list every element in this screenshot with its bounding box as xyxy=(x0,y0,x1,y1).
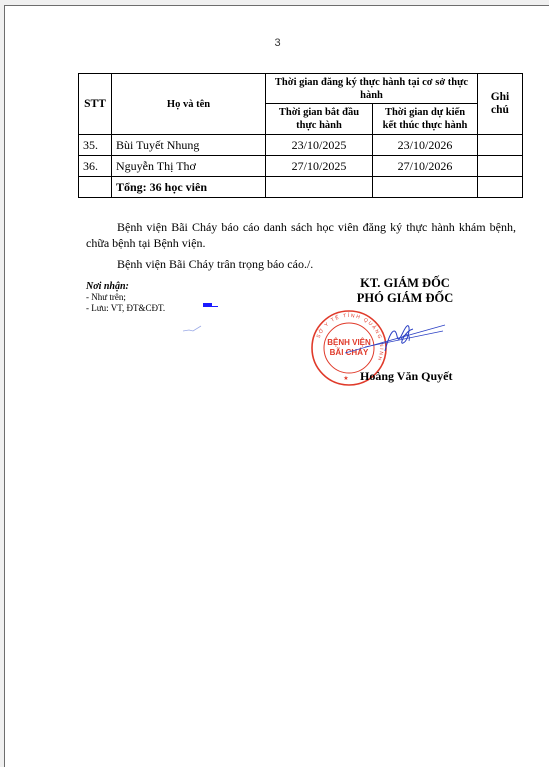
total-empty-cell xyxy=(373,177,478,198)
header-start-date: Thời gian bắt đầu thực hành xyxy=(266,104,373,135)
row-start-date: 27/10/2025 xyxy=(266,156,373,177)
closing-paragraph: Bệnh viện Bãi Cháy trân trọng báo cáo./. xyxy=(117,256,517,272)
row-name: Bùi Tuyết Nhung xyxy=(112,135,266,156)
header-note: Ghi chú xyxy=(478,74,523,135)
row-start-date: 23/10/2025 xyxy=(266,135,373,156)
total-stt-cell xyxy=(79,177,112,198)
total-row: Tổng: 36 học viên xyxy=(79,177,523,198)
handwritten-signature-icon xyxy=(345,311,455,361)
signature-block: KT. GIÁM ĐỐC PHÓ GIÁM ĐỐC xyxy=(325,276,485,306)
total-label: Tổng: 36 học viên xyxy=(112,177,266,198)
recipients-title: Nơi nhận: xyxy=(86,281,165,292)
document-page: 3 STT Họ và tên Thời gian đăng ký thực h… xyxy=(4,5,549,767)
row-end-date: 27/10/2026 xyxy=(373,156,478,177)
table-row: 36. Nguyễn Thị Thơ 27/10/2025 27/10/2026 xyxy=(79,156,523,177)
report-paragraph: Bệnh viện Bãi Cháy báo cáo danh sách học… xyxy=(86,219,516,251)
signature-title-2: PHÓ GIÁM ĐỐC xyxy=(325,291,485,306)
recipient-item: - Lưu: VT, ĐT&CĐT. xyxy=(86,303,165,314)
row-name: Nguyễn Thị Thơ xyxy=(112,156,266,177)
row-note xyxy=(478,135,523,156)
total-empty-cell xyxy=(266,177,373,198)
recipient-item: - Như trên; xyxy=(86,292,165,303)
row-stt: 36. xyxy=(79,156,112,177)
recipients-block: Nơi nhận: - Như trên; - Lưu: VT, ĐT&CĐT. xyxy=(86,281,165,314)
total-empty-cell xyxy=(478,177,523,198)
signature-title-1: KT. GIÁM ĐỐC xyxy=(325,276,485,291)
row-note xyxy=(478,156,523,177)
ink-mark xyxy=(203,303,212,307)
header-stt: STT xyxy=(79,74,112,135)
header-registration-period: Thời gian đăng ký thực hành tại cơ sở th… xyxy=(266,74,478,104)
header-end-date: Thời gian dự kiến kết thúc thực hành xyxy=(373,104,478,135)
page-number: 3 xyxy=(5,37,549,49)
signer-name: Hoàng Văn Quyết xyxy=(360,369,452,384)
row-end-date: 23/10/2026 xyxy=(373,135,478,156)
ink-mark xyxy=(212,306,218,307)
student-table: STT Họ và tên Thời gian đăng ký thực hàn… xyxy=(78,73,523,198)
row-stt: 35. xyxy=(79,135,112,156)
faint-scribble-icon xyxy=(181,325,203,333)
header-name: Họ và tên xyxy=(112,74,266,135)
table-row: 35. Bùi Tuyết Nhung 23/10/2025 23/10/202… xyxy=(79,135,523,156)
svg-text:★: ★ xyxy=(343,375,348,382)
